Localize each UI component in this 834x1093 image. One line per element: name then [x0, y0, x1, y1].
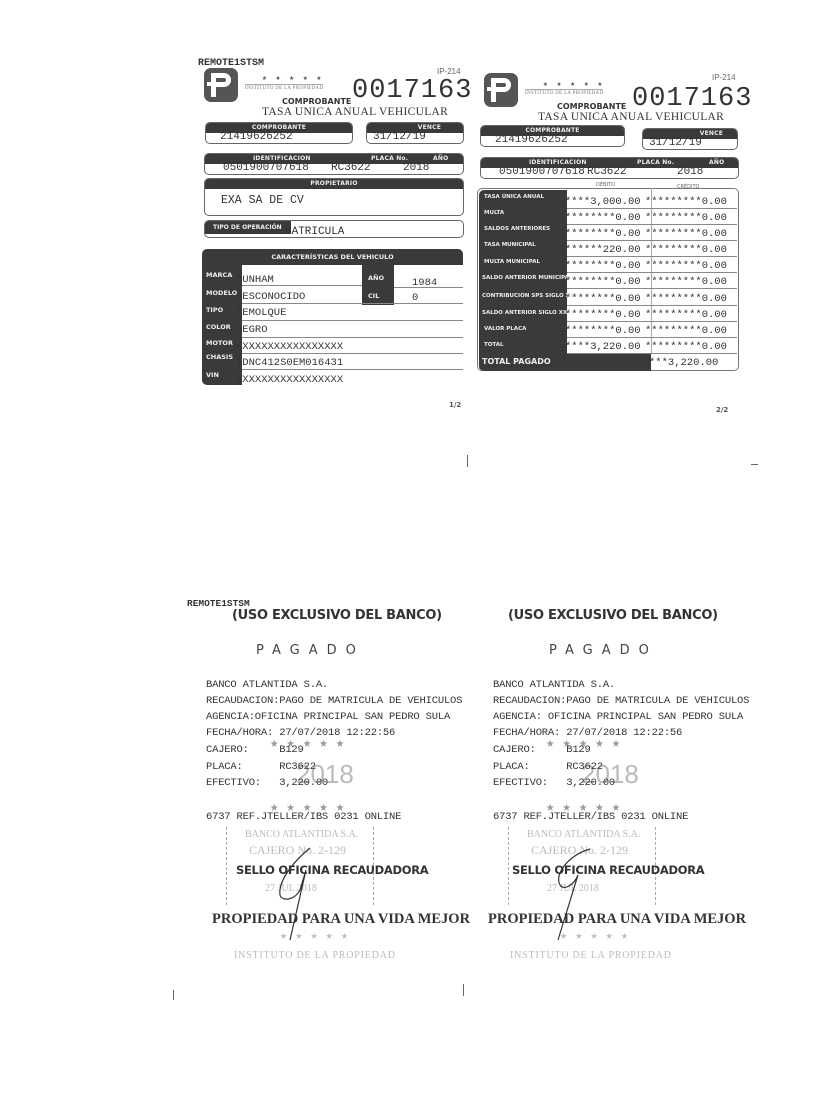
fee-debito: ****3,220.00: [565, 341, 641, 353]
fee-label: TOTAL: [484, 342, 504, 348]
institution-footer: INSTITUTO DE LA PROPIEDAD: [510, 950, 672, 961]
fee-debito: ****3,000.00: [565, 196, 641, 208]
propietario-value: EXA SA DE CV: [205, 195, 463, 207]
tipo-value: REMOLQUE: [236, 307, 286, 319]
marca-label: MARCA: [206, 271, 232, 279]
fee-debito: ********0.00: [565, 276, 641, 288]
plate-line: PLACA: RC3622: [493, 761, 603, 773]
fee-debito: ********0.00: [565, 293, 641, 305]
tipo-operacion-label: TIPO DE OPERACIÓN: [213, 224, 282, 231]
fee-debito: ********0.00: [565, 228, 641, 240]
vence-box: VENCE 31/12/19: [366, 122, 464, 144]
reference-line: 6737 REF.JTELLER/IBS 0231 ONLINE: [493, 811, 688, 823]
bank-header: (USO EXCLUSIVO DEL BANCO): [508, 608, 718, 623]
fee-label: MULTA MUNICIPAL: [484, 259, 540, 265]
institution-footer: INSTITUTO DE LA PROPIEDAD: [234, 950, 396, 961]
document-title: TASA UNICA ANUAL VEHICULAR: [262, 106, 448, 118]
subtitle: COMPROBANTE: [282, 97, 351, 106]
fee-credito: *********0.00: [645, 260, 727, 272]
fee-label: SALDO ANTERIOR SIGLO XXI: [482, 310, 569, 316]
fee-credito: *********0.00: [645, 196, 727, 208]
cashier-line: CAJERO: B129: [493, 744, 591, 756]
chasis-label: CHASIS: [206, 353, 233, 361]
stars-icon: ★★★★★: [560, 928, 636, 942]
cash-line: EFECTIVO: 3,220.00: [206, 777, 328, 789]
fee-credito: *********0.00: [645, 293, 727, 305]
tipo-label: TIPO: [206, 306, 223, 314]
scan-mark: [173, 990, 174, 1000]
vin-value: XXXXXXXXXXXXXXXXX: [236, 374, 343, 386]
fee-label: SALDO ANTERIOR MUNICIPAL: [482, 275, 572, 281]
cil-value: 0: [412, 292, 418, 304]
identificacion-box: IDENTIFICACION PLACA No. AÑO 05019007076…: [204, 153, 464, 175]
stars-icon: ★ ★ ★ ★ ★: [543, 79, 604, 88]
institution-name: INSTITUTO DE LA PROPIEDAD: [525, 89, 603, 96]
fee-label: VALOR PLACA: [484, 326, 526, 332]
tipo-operacion-value: MATRICULA: [285, 226, 344, 238]
paid-status: PAGADO: [256, 643, 365, 658]
stars-icon: ★ ★ ★ ★ ★: [262, 73, 323, 82]
cil-label: CIL: [368, 292, 379, 300]
reference-line: 6737 REF.JTELLER/IBS 0231 ONLINE: [206, 811, 401, 823]
scan-mark: [467, 455, 468, 467]
identificacion-value: 0501900707618: [223, 162, 309, 174]
agency-line: AGENCIA:OFICINA PRINCIPAL SAN PEDRO SULA: [206, 711, 450, 723]
ip-logo-icon: [204, 68, 238, 102]
comprobante-box: COMPROBANTE 21419626252: [205, 122, 353, 144]
vin-label: VIN: [206, 371, 219, 379]
color-value: NEGRO: [236, 324, 268, 336]
page-number: 1/2: [449, 401, 461, 409]
stamp-office-label: SELLO OFICINA RECAUDADORA: [512, 863, 704, 877]
fee-label: CONTRIBUCION SPS SIGLO XXI: [482, 293, 576, 299]
identificacion-value: 0501900707618: [499, 166, 585, 178]
fee-label: MULTA: [484, 210, 504, 216]
comprobante-value: 21419626252: [481, 134, 624, 146]
document-number: 0017163: [632, 84, 752, 114]
fee-label: TASA MUNICIPAL: [484, 242, 536, 248]
fee-label: SALDOS ANTERIORES: [484, 226, 550, 232]
comprobante-value: 21419626252: [206, 131, 352, 143]
vehicle-characteristics: CARACTERÍSTICAS DEL VEHICULO MARCA MODEL…: [202, 249, 463, 385]
vence-value: 31/12/19: [367, 131, 463, 143]
propietario-label: PROPIETARIO: [205, 179, 463, 189]
bank-header: (USO EXCLUSIVO DEL BANCO): [232, 608, 442, 623]
institution-name: INSTITUTO DE LA PROPIEDAD: [245, 84, 323, 91]
total-pagado-label: TOTAL PAGADO: [482, 357, 551, 366]
collection-line: RECAUDACION:PAGO DE MATRICULA DE VEHICUL…: [206, 695, 462, 707]
agency-line: AGENCIA: OFICINA PRINCIPAL SAN PEDRO SUL…: [493, 711, 743, 723]
fee-credito: *********0.00: [645, 212, 727, 224]
placa-value: RC3622: [587, 166, 627, 178]
scan-mark: [463, 984, 464, 996]
veh-anio-label: AÑO: [368, 274, 384, 282]
anio-value: 2018: [403, 162, 429, 174]
fee-debito: ********0.00: [565, 325, 641, 337]
slogan: PROPIEDAD PARA UNA VIDA MEJOR: [488, 911, 746, 928]
fee-credito: *********0.00: [645, 244, 727, 256]
vence-box: VENCE 31/12/19: [642, 128, 738, 150]
fee-debito: ********0.00: [565, 260, 641, 272]
fee-credito: *********0.00: [645, 341, 727, 353]
motor-value: XXXXXXXXXXXXXXXXX: [236, 341, 343, 353]
page-number: 2/2: [716, 406, 728, 414]
placa-value: RC3622: [331, 162, 371, 174]
paid-status: PAGADO: [549, 643, 658, 658]
chasis-value: 1DNC412S0EM016431: [236, 357, 343, 369]
fee-debito: ******220.00: [565, 244, 641, 256]
fee-credito: *********0.00: [645, 325, 727, 337]
cash-line: EFECTIVO: 3,220.00: [493, 777, 615, 789]
motor-label: MOTOR: [206, 339, 233, 347]
fee-label: TASA ÚNICA ANUAL: [484, 194, 544, 200]
form-code: IP-214: [437, 67, 461, 76]
scan-mark: [751, 464, 758, 465]
cashier-line: CAJERO: B129: [206, 744, 304, 756]
subtitle: COMPROBANTE: [557, 102, 626, 111]
stars-icon: ★★★★★: [280, 928, 356, 942]
anio-value: 2018: [677, 166, 703, 178]
document-number: 0017163: [352, 76, 472, 106]
form-code: IP-214: [712, 73, 736, 82]
bank-name: BANCO ATLANTIDA S.A.: [493, 679, 615, 691]
fee-debito: ********0.00: [565, 309, 641, 321]
tipo-operacion-box: TIPO DE OPERACIÓN MATRICULA: [204, 220, 464, 238]
ip-logo-icon: [484, 73, 518, 107]
collection-line: RECAUDACION:PAGO DE MATRICULA DE VEHICUL…: [493, 695, 749, 707]
plate-line: PLACA: RC3622: [206, 761, 316, 773]
vehicle-title: CARACTERÍSTICAS DEL VEHICULO: [202, 249, 463, 265]
color-label: COLOR: [206, 323, 231, 331]
fee-credito: *********0.00: [645, 228, 727, 240]
fees-table: TASA ÚNICA ANUAL MULTA SALDOS ANTERIORES…: [477, 188, 739, 371]
veh-anio-value: 1984: [412, 277, 437, 289]
propietario-box: PROPIETARIO EXA SA DE CV: [204, 178, 464, 216]
fee-credito: *********0.00: [645, 309, 727, 321]
marca-value: DUNHAM: [236, 274, 274, 286]
identificacion-box: IDENTIFICACION PLACA No. AÑO 05019007076…: [480, 157, 739, 179]
bank-name: BANCO ATLANTIDA S.A.: [206, 679, 328, 691]
modelo-label: MODELO: [206, 289, 237, 297]
total-pagado-value: ***3,220.00: [649, 357, 718, 369]
slogan: PROPIEDAD PARA UNA VIDA MEJOR: [212, 911, 470, 928]
stamp-office-label: SELLO OFICINA RECAUDADORA: [236, 863, 428, 877]
fee-debito: ********0.00: [565, 212, 641, 224]
document-title: TASA UNICA ANUAL VEHICULAR: [538, 111, 724, 123]
fee-credito: *********0.00: [645, 276, 727, 288]
comprobante-box: COMPROBANTE 21419626252: [480, 125, 625, 147]
modelo-value: DESCONOCIDO: [236, 291, 305, 303]
